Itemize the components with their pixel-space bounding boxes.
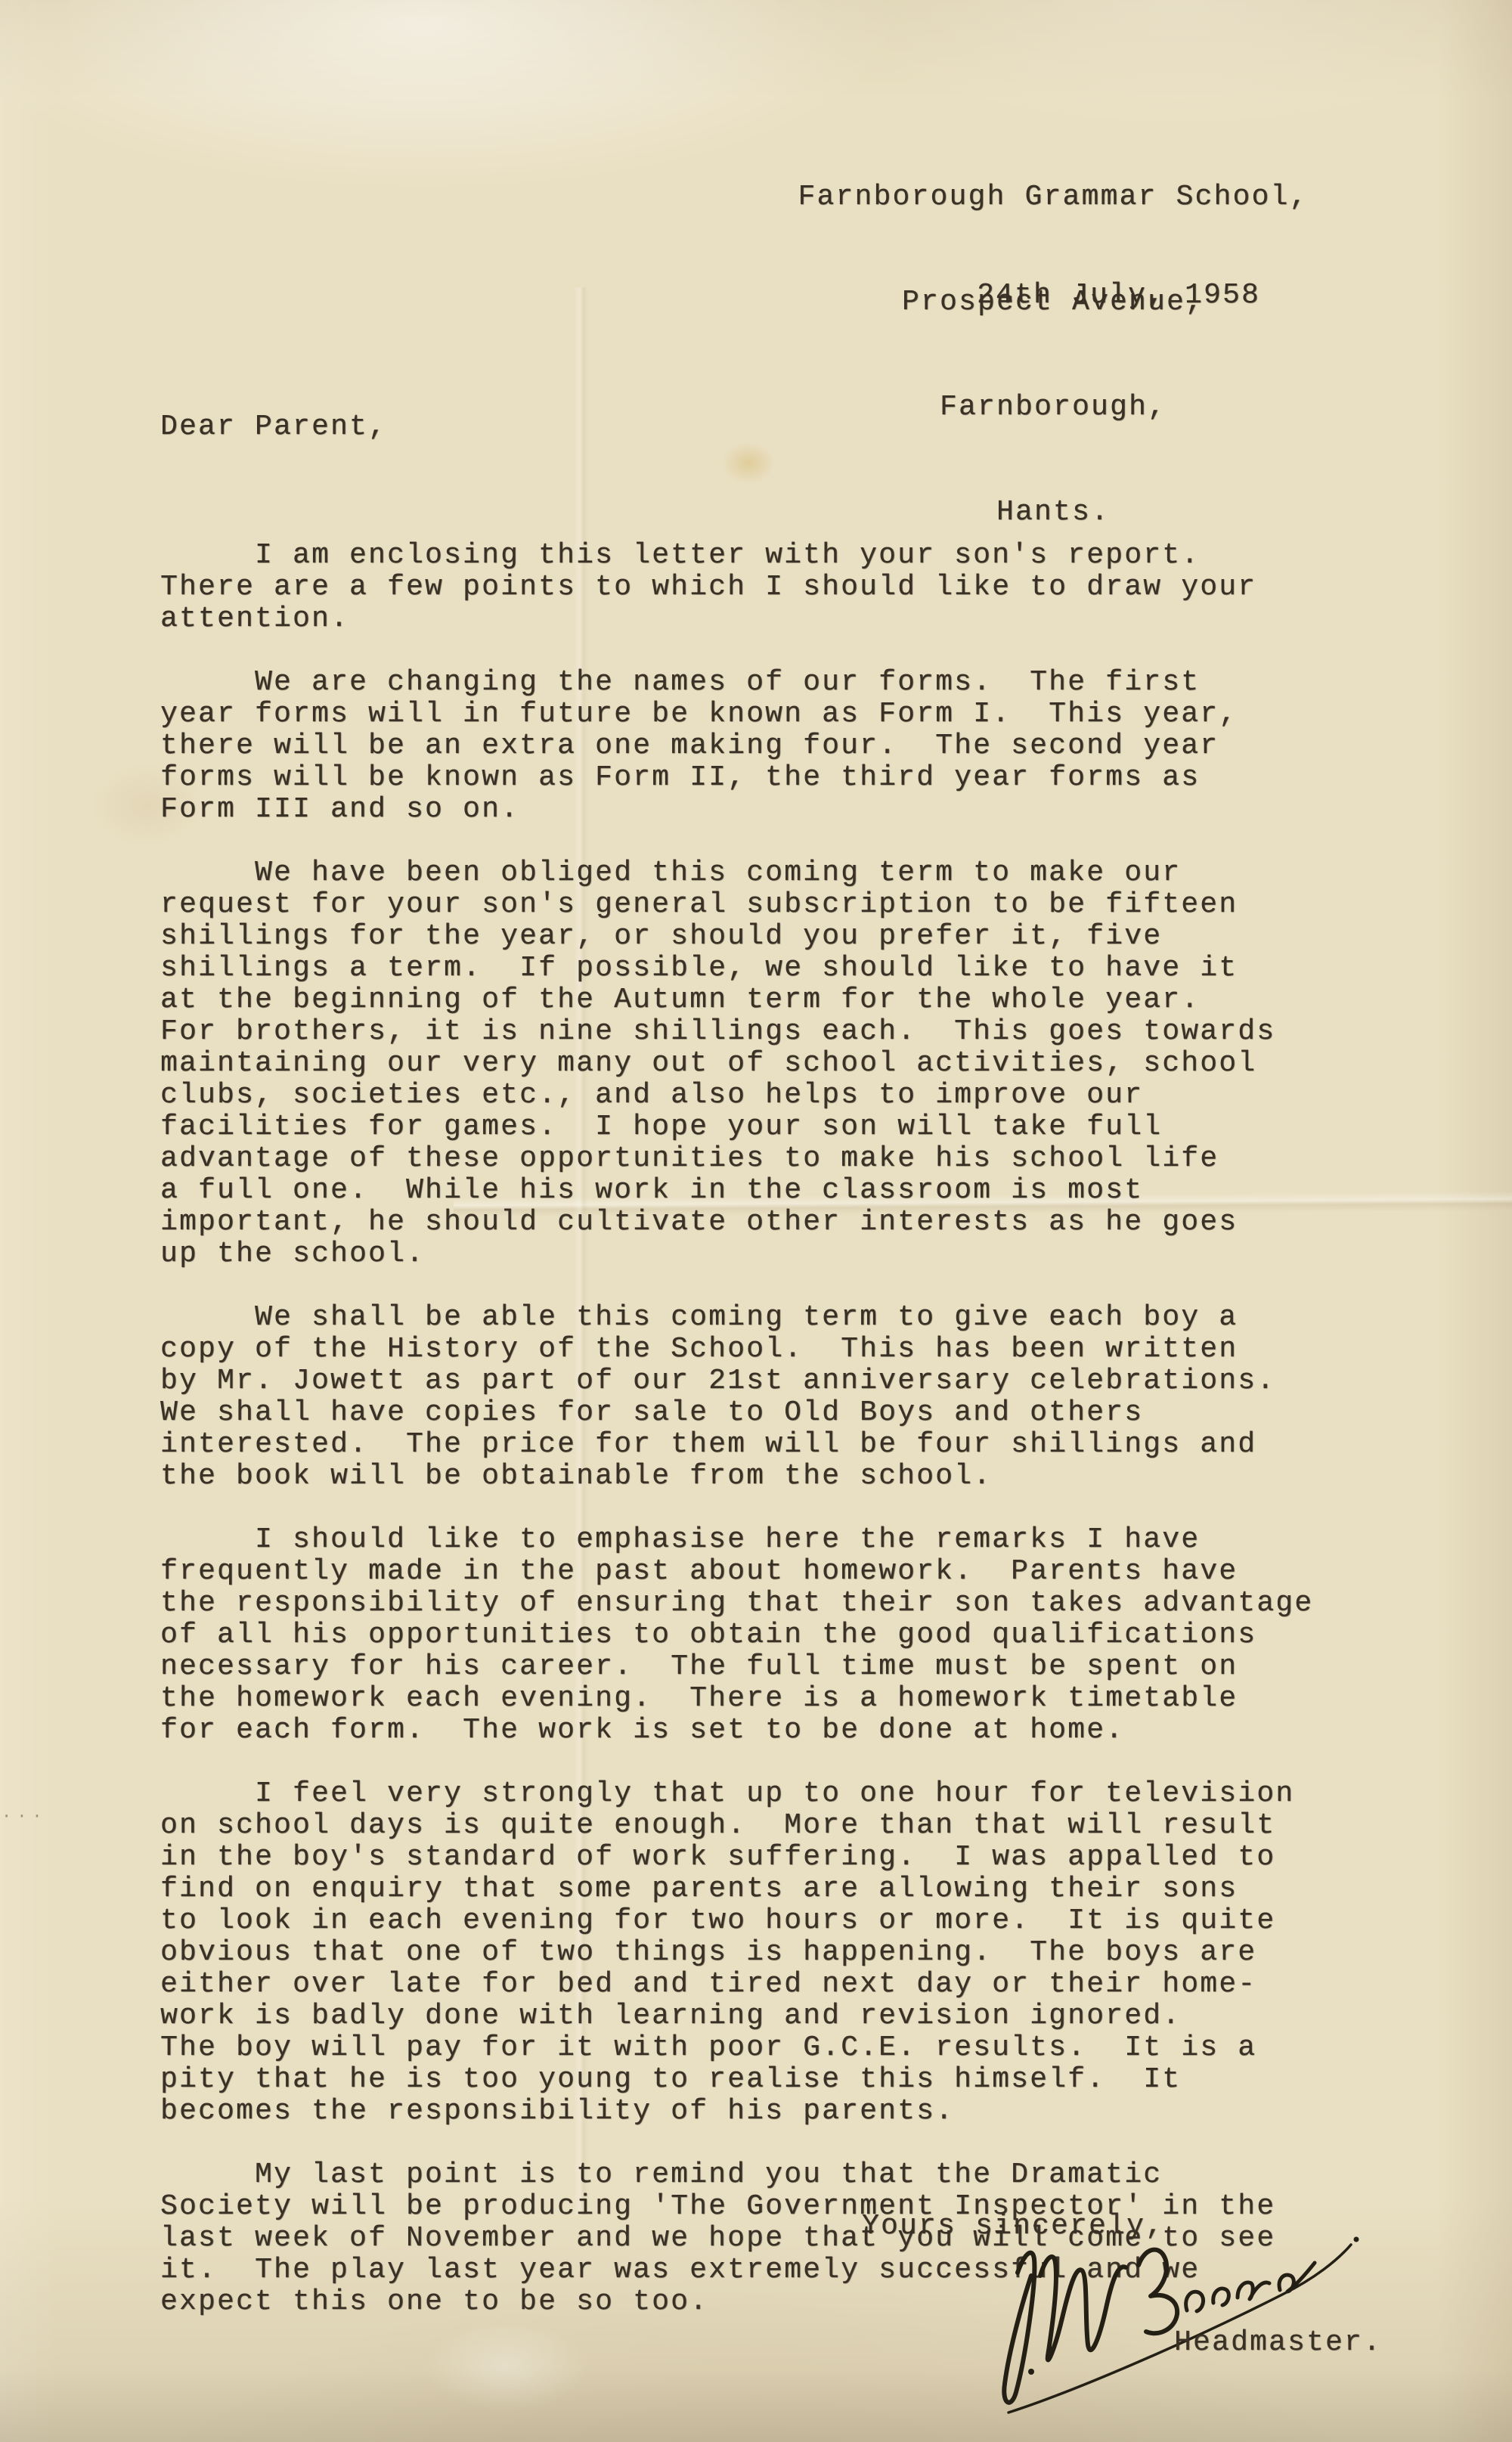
- typed-line: My last point is to remind you that the …: [160, 2159, 1313, 2191]
- typed-line: for each form. The work is set to be don…: [160, 1715, 1313, 1746]
- paragraph: I feel very strongly that up to one hour…: [160, 1778, 1313, 2127]
- typed-line: clubs, societies etc., and also helps to…: [160, 1080, 1313, 1111]
- typed-line: The boy will pay for it with poor G.C.E.…: [160, 2032, 1313, 2064]
- typed-line: there will be an extra one making four. …: [160, 730, 1313, 762]
- typed-line: copy of the History of the School. This …: [160, 1334, 1313, 1365]
- typed-line: of all his opportunities to obtain the g…: [160, 1619, 1313, 1651]
- paragraph: We have been obliged this coming term to…: [160, 857, 1313, 1270]
- typed-line: either over late for bed and tired next …: [160, 1969, 1313, 2000]
- paragraph: We shall be able this coming term to giv…: [160, 1302, 1313, 1492]
- paragraph: I am enclosing this letter with your son…: [160, 540, 1313, 635]
- typed-line: We are changing the names of our forms. …: [160, 667, 1313, 699]
- typed-line: There are a few points to which I should…: [160, 572, 1313, 603]
- typed-line: on school days is quite enough. More tha…: [160, 1810, 1313, 1842]
- typed-line: We shall be able this coming term to giv…: [160, 1302, 1313, 1334]
- typed-line: a full one. While his work in the classr…: [160, 1175, 1313, 1207]
- typed-line: find on enquiry that some parents are al…: [160, 1873, 1313, 1905]
- salutation: Dear Parent,: [160, 411, 1313, 443]
- scanned-letter-page: { "page": { "paper_color": "#e9dfc2", "i…: [0, 0, 1512, 2442]
- typed-line: year forms will in future be known as Fo…: [160, 699, 1313, 730]
- typed-line: facilities for games. I hope your son wi…: [160, 1111, 1313, 1143]
- typed-line: interested. The price for them will be f…: [160, 1429, 1313, 1461]
- typed-line: work is badly done with learning and rev…: [160, 2000, 1313, 2032]
- letter-date: 24th July, 1958: [977, 280, 1260, 311]
- typed-line: important, he should cultivate other int…: [160, 1207, 1313, 1238]
- typed-line: forms will be known as Form II, the thir…: [160, 762, 1313, 794]
- typed-line: I should like to emphasise here the rema…: [160, 1524, 1313, 1556]
- typed-line: maintaining our very many out of school …: [160, 1048, 1313, 1080]
- typed-line: the homework each evening. There is a ho…: [160, 1683, 1313, 1715]
- typed-line: the responsibility of ensuring that thei…: [160, 1588, 1313, 1619]
- typed-line: request for your son's general subscript…: [160, 889, 1313, 921]
- typed-line: We shall have copies for sale to Old Boy…: [160, 1397, 1313, 1429]
- typed-line: to look in each evening for two hours or…: [160, 1905, 1313, 1937]
- typed-line: becomes the responsibility of his parent…: [160, 2096, 1313, 2127]
- typed-line: by Mr. Jowett as part of our 21st annive…: [160, 1365, 1313, 1397]
- typed-line: Form III and so on.: [160, 794, 1313, 826]
- typed-line: I feel very strongly that up to one hour…: [160, 1778, 1313, 1810]
- typed-line: pity that he is too young to realise thi…: [160, 2064, 1313, 2096]
- typed-line: necessary for his career. The full time …: [160, 1651, 1313, 1683]
- typed-line: in the boy's standard of work suffering.…: [160, 1842, 1313, 1873]
- typed-line: For brothers, it is nine shillings each.…: [160, 1016, 1313, 1048]
- letter-body: Dear Parent, I am enclosing this letter …: [160, 346, 1313, 2318]
- typed-line: attention.: [160, 603, 1313, 635]
- typed-line: the book will be obtainable from the sch…: [160, 1461, 1313, 1492]
- paragraph: We are changing the names of our forms. …: [160, 667, 1313, 826]
- paper-stain: [423, 2321, 590, 2412]
- typed-line: shillings for the year, or should you pr…: [160, 921, 1313, 953]
- paragraph: I should like to emphasise here the rema…: [160, 1524, 1313, 1746]
- typed-line: advantage of these opportunities to make…: [160, 1143, 1313, 1175]
- scan-artifact-dots: ···: [2, 1807, 48, 1826]
- typed-line: obvious that one of two things is happen…: [160, 1937, 1313, 1969]
- typed-line: We have been obliged this coming term to…: [160, 857, 1313, 889]
- signature-title: Headmaster.: [1174, 2327, 1382, 2359]
- typed-line: up the school.: [160, 1238, 1313, 1270]
- typed-line: shillings a term. If possible, we should…: [160, 953, 1313, 984]
- typed-line: at the beginning of the Autumn term for …: [160, 984, 1313, 1016]
- typed-line: I am enclosing this letter with your son…: [160, 540, 1313, 572]
- address-line: Farnborough Grammar School,: [789, 177, 1318, 217]
- typed-line: frequently made in the past about homewo…: [160, 1556, 1313, 1588]
